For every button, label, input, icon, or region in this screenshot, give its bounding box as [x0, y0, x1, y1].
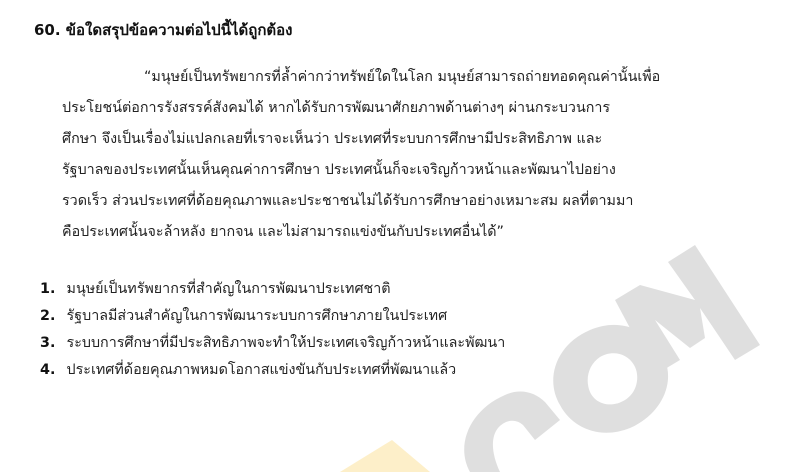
option-text: มนุษย์เป็นทรัพยากรที่สำคัญในการพัฒนาประเ…: [67, 281, 391, 297]
answer-option-2[interactable]: 2. รัฐบาลมีส่วนสำคัญในการพัฒนาระบบการศึก…: [40, 303, 505, 330]
answer-option-1[interactable]: 1. มนุษย์เป็นทรัพยากรที่สำคัญในการพัฒนาป…: [40, 276, 505, 303]
option-number: 4.: [40, 357, 62, 384]
passage-line: ประโยชน์ต่อการรังสรรค์สังคมได้ หากได้รับ…: [62, 93, 782, 124]
option-number: 3.: [40, 330, 62, 357]
option-text: ประเทศที่ด้อยคุณภาพหมดโอกาสแข่งขันกับประ…: [67, 362, 457, 378]
watermark-text-com: [464, 245, 760, 472]
passage-line: “มนุษย์เป็นทรัพยากรที่ล้ำค่ากว่าทรัพย์ใด…: [62, 62, 782, 93]
answer-option-3[interactable]: 3. ระบบการศึกษาที่มีประสิทธิภาพจะทำให้ปร…: [40, 330, 505, 357]
question-title: 60. ข้อใดสรุปข้อความต่อไปนี้ได้ถูกต้อง: [34, 18, 292, 42]
watermark-accent-shape: [340, 440, 430, 472]
answer-option-4[interactable]: 4. ประเทศที่ด้อยคุณภาพหมดโอกาสแข่งขันกับ…: [40, 357, 505, 384]
passage-line: รวดเร็ว ส่วนประเทศที่ด้อยคุณภาพและประชาช…: [62, 186, 782, 217]
passage-quote: “มนุษย์เป็นทรัพยากรที่ล้ำค่ากว่าทรัพย์ใด…: [62, 62, 782, 248]
passage-text: “มนุษย์เป็นทรัพยากรที่ล้ำค่ากว่าทรัพย์ใด…: [144, 69, 660, 85]
option-number: 1.: [40, 276, 62, 303]
option-text: รัฐบาลมีส่วนสำคัญในการพัฒนาระบบการศึกษาภ…: [67, 308, 448, 324]
passage-line: คือประเทศนั้นจะล้าหลัง ยากจน และไม่สามาร…: [62, 217, 782, 248]
option-number: 2.: [40, 303, 62, 330]
answer-options: 1. มนุษย์เป็นทรัพยากรที่สำคัญในการพัฒนาป…: [40, 276, 505, 384]
passage-line: รัฐบาลของประเทศนั้นเห็นคุณค่าการศึกษา ปร…: [62, 155, 782, 186]
passage-line: ศึกษา จึงเป็นเรื่องไม่แปลกเลยที่เราจะเห็…: [62, 124, 782, 155]
option-text: ระบบการศึกษาที่มีประสิทธิภาพจะทำให้ประเท…: [67, 335, 506, 351]
